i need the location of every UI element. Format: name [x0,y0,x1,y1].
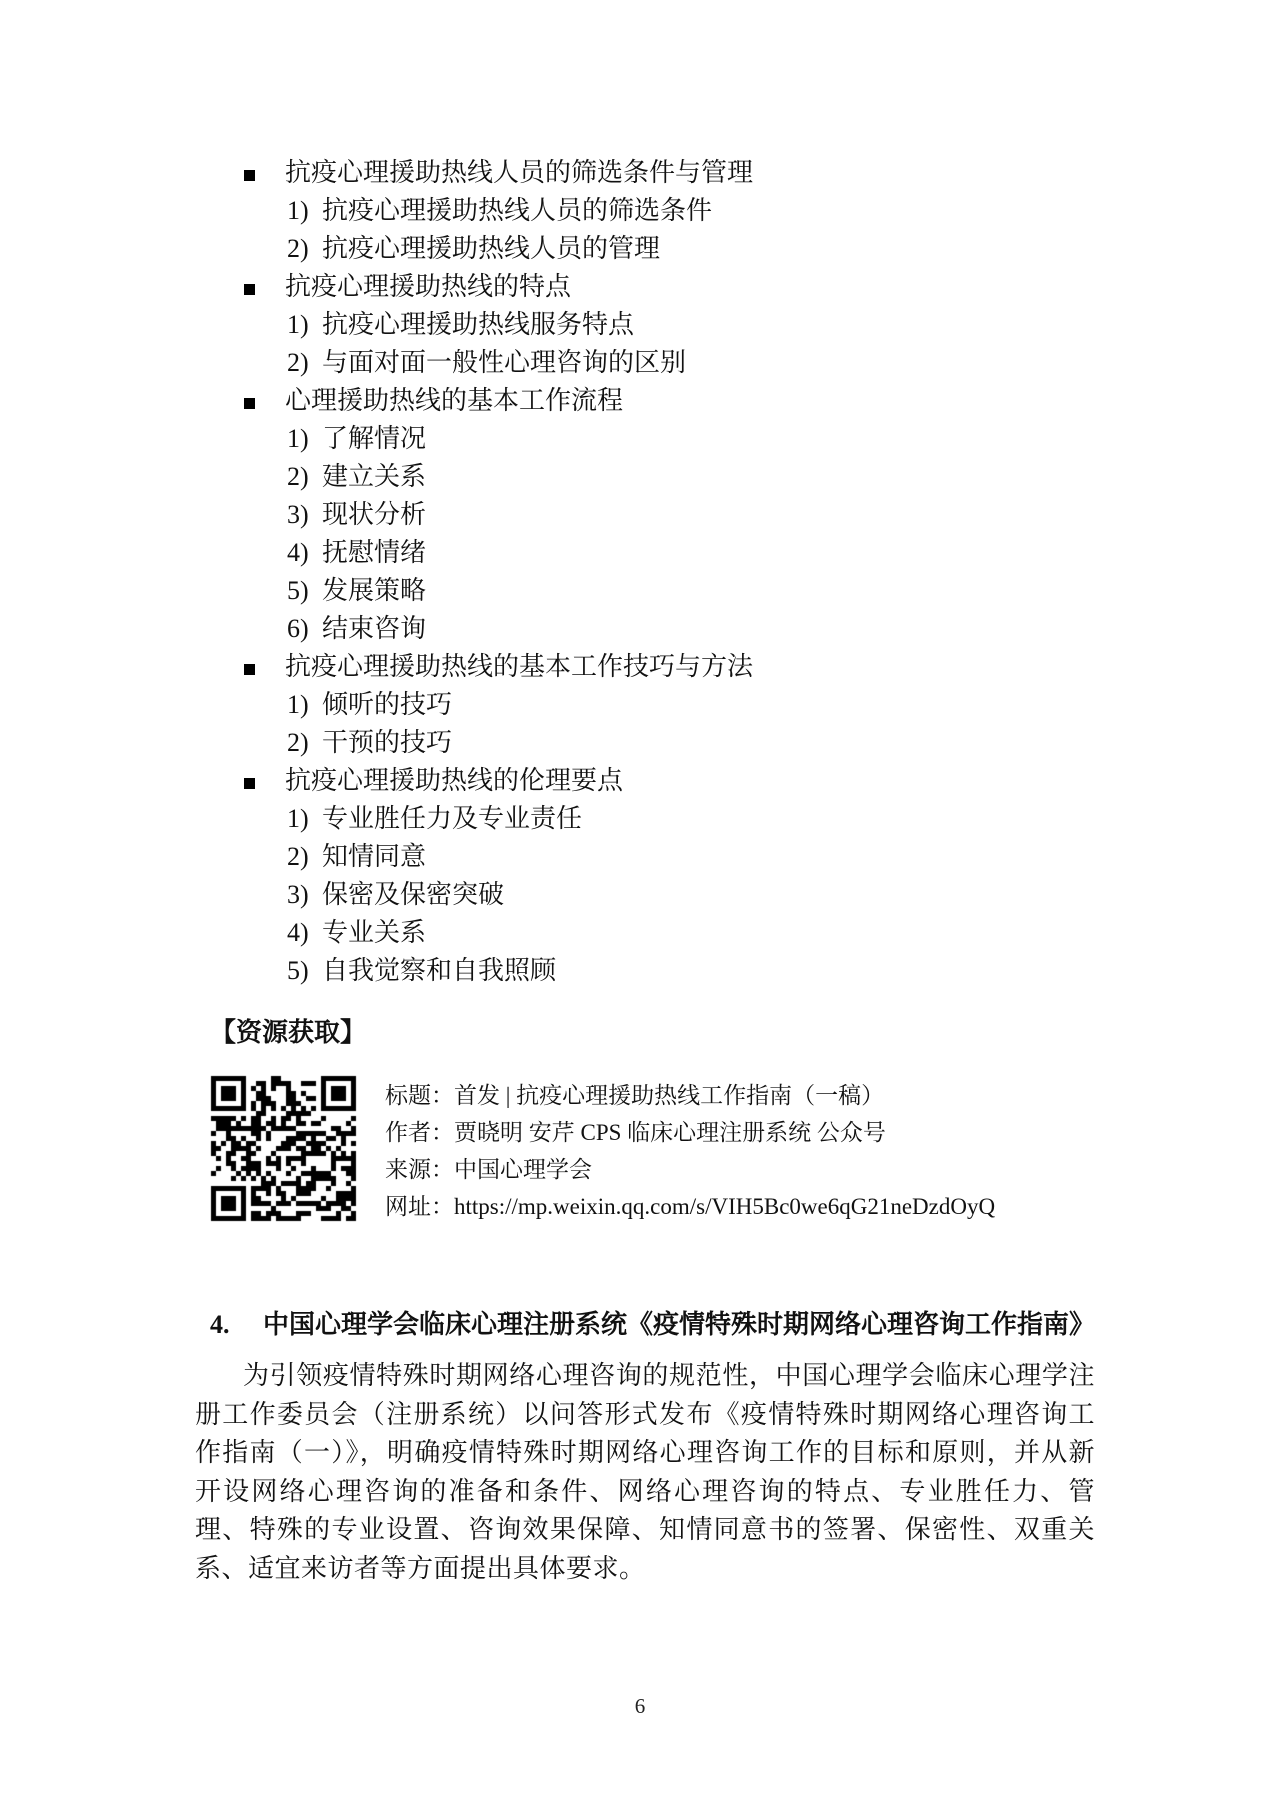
item-number: 1) [287,306,322,344]
outline-numbered-item: 4)专业关系 [244,914,1095,952]
outline-item-text: 自我觉察和自我照顾 [322,952,556,990]
outline-numbered-item: 2)与面对面一般性心理咨询的区别 [244,344,1095,382]
outline-item-text: 抚慰情绪 [322,534,426,572]
outline-item-text: 抗疫心理援助热线人员的筛选条件与管理 [285,154,753,192]
section4-body-paragraph: 为引领疫情特殊时期网络心理咨询的规范性，中国心理学会临床心理学注册工作委员会（注… [195,1357,1095,1588]
item-number: 5) [287,952,322,990]
section4-title: 中国心理学会临床心理注册系统《疫情特殊时期网络心理咨询工作指南》 [263,1306,1095,1344]
outline-item-text: 知情同意 [322,838,426,876]
square-bullet-icon [244,382,285,420]
outline-numbered-item: 1)专业胜任力及专业责任 [244,800,1095,838]
outline-numbered-item: 1)倾听的技巧 [244,686,1095,724]
outline-item-text: 与面对面一般性心理咨询的区别 [322,344,686,382]
outline-item-text: 干预的技巧 [322,724,452,762]
outline-item-text: 抗疫心理援助热线服务特点 [322,306,634,344]
outline-item-text: 现状分析 [322,496,426,534]
item-number: 1) [287,192,322,230]
outline-item-text: 抗疫心理援助热线人员的筛选条件 [322,192,712,230]
item-number: 2) [287,458,322,496]
item-number: 2) [287,724,322,762]
outline-item-text: 结束咨询 [322,610,426,648]
item-number: 3) [287,876,322,914]
resource-field-value: 首发 | 抗疫心理援助热线工作指南（一稿） [454,1083,884,1108]
outline-bullet-item: 抗疫心理援助热线人员的筛选条件与管理 [244,154,1095,192]
outline-list: 抗疫心理援助热线人员的筛选条件与管理1)抗疫心理援助热线人员的筛选条件2)抗疫心… [244,154,1095,990]
outline-numbered-item: 3)现状分析 [244,496,1095,534]
outline-item-text: 抗疫心理援助热线人员的管理 [322,230,660,268]
item-number: 1) [287,686,322,724]
square-bullet-icon [244,648,285,686]
outline-numbered-item: 2)干预的技巧 [244,724,1095,762]
outline-numbered-item: 3)保密及保密突破 [244,876,1095,914]
item-number: 6) [287,610,322,648]
outline-numbered-item: 4)抚慰情绪 [244,534,1095,572]
resource-block: 标题：首发 | 抗疫心理援助热线工作指南（一稿）作者：贾晓明 安芹 CPS 临床… [210,1075,1095,1225]
outline-item-text: 专业关系 [322,914,426,952]
resource-field: 来源：中国心理学会 [385,1151,995,1188]
outline-bullet-item: 抗疫心理援助热线的特点 [244,268,1095,306]
outline-item-text: 抗疫心理援助热线的基本工作技巧与方法 [285,648,753,686]
resource-field: 标题：首发 | 抗疫心理援助热线工作指南（一稿） [385,1077,995,1114]
outline-item-text: 倾听的技巧 [322,686,452,724]
page-content: 抗疫心理援助热线人员的筛选条件与管理1)抗疫心理援助热线人员的筛选条件2)抗疫心… [195,0,1095,1588]
resource-field: 网址：https://mp.weixin.qq.com/s/VIH5Bc0we6… [385,1188,995,1225]
resource-field-label: 作者： [385,1120,454,1145]
item-number: 4) [287,534,322,572]
section4-heading: 4. 中国心理学会临床心理注册系统《疫情特殊时期网络心理咨询工作指南》 [210,1306,1095,1344]
outline-numbered-item: 5)发展策略 [244,572,1095,610]
resource-field: 作者：贾晓明 安芹 CPS 临床心理注册系统 公众号 [385,1114,995,1151]
resource-field-label: 来源： [385,1157,454,1182]
outline-numbered-item: 1)抗疫心理援助热线人员的筛选条件 [244,192,1095,230]
resource-field-value: 贾晓明 安芹 CPS 临床心理注册系统 公众号 [454,1120,886,1145]
outline-item-text: 了解情况 [322,420,426,458]
outline-numbered-item: 2)知情同意 [244,838,1095,876]
outline-bullet-item: 心理援助热线的基本工作流程 [244,382,1095,420]
resource-field-label: 标题： [385,1083,454,1108]
outline-numbered-item: 1)了解情况 [244,420,1095,458]
outline-item-text: 专业胜任力及专业责任 [322,800,582,838]
page-number: 6 [0,1694,1280,1719]
outline-numbered-item: 6)结束咨询 [244,610,1095,648]
item-number: 2) [287,838,322,876]
outline-item-text: 发展策略 [322,572,426,610]
item-number: 5) [287,572,322,610]
outline-numbered-item: 1)抗疫心理援助热线服务特点 [244,306,1095,344]
resource-fields: 标题：首发 | 抗疫心理援助热线工作指南（一稿）作者：贾晓明 安芹 CPS 临床… [385,1075,995,1225]
outline-item-text: 抗疫心理援助热线的伦理要点 [285,762,623,800]
document-page: 抗疫心理援助热线人员的筛选条件与管理1)抗疫心理援助热线人员的筛选条件2)抗疫心… [0,0,1280,1810]
outline-bullet-item: 抗疫心理援助热线的伦理要点 [244,762,1095,800]
square-bullet-icon [244,268,285,306]
item-number: 2) [287,230,322,268]
section4-number: 4. [210,1306,263,1344]
outline-item-text: 保密及保密突破 [322,876,504,914]
outline-numbered-item: 2)抗疫心理援助热线人员的管理 [244,230,1095,268]
item-number: 2) [287,344,322,382]
resource-section-heading: 【资源获取】 [210,1014,1095,1052]
resource-field-value: 中国心理学会 [454,1157,592,1182]
outline-numbered-item: 2)建立关系 [244,458,1095,496]
outline-item-text: 建立关系 [322,458,426,496]
outline-item-text: 心理援助热线的基本工作流程 [285,382,623,420]
square-bullet-icon [244,762,285,800]
item-number: 3) [287,496,322,534]
qr-code-icon [210,1075,358,1223]
item-number: 1) [287,420,322,458]
outline-numbered-item: 5)自我觉察和自我照顾 [244,952,1095,990]
item-number: 1) [287,800,322,838]
resource-field-label: 网址： [385,1194,454,1219]
square-bullet-icon [244,154,285,192]
outline-item-text: 抗疫心理援助热线的特点 [285,268,571,306]
item-number: 4) [287,914,322,952]
resource-field-value: https://mp.weixin.qq.com/s/VIH5Bc0we6qG2… [454,1194,995,1219]
outline-bullet-item: 抗疫心理援助热线的基本工作技巧与方法 [244,648,1095,686]
